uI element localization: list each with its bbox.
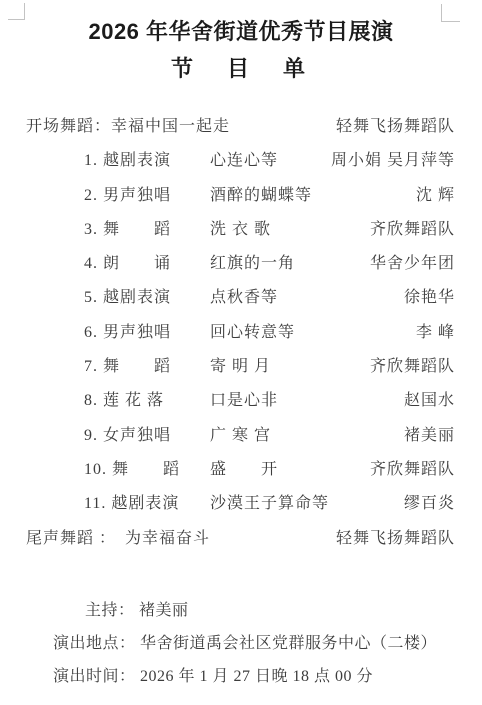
program-performer: 沈 辉 [416,179,455,213]
closing-label: 尾声舞蹈 ： 为幸福奋斗 [26,522,210,556]
program-performer: 李 峰 [416,316,455,350]
program-song: 心连心等 [210,144,278,178]
program-song: 回心转意等 [210,316,295,350]
program-type: 8. 莲 花 落 [84,384,164,418]
program-type: 4. 朗 诵 [84,247,171,281]
program-type: 11. 越剧表演 [84,487,179,521]
page-subtitle: 节 目 单 [0,54,482,84]
program-type: 5. 越剧表演 [84,281,171,315]
program-song: 红旗的一角 [210,247,295,281]
program-type: 9. 女声独唱 [84,419,171,453]
program-row: 9. 女声独唱 广 寒 宫 褚美丽 [0,419,482,453]
program-performer: 齐欣舞蹈队 [370,350,455,384]
program-row: 1. 越剧表演 心连心等 周小娟 吴月萍等 [0,144,482,178]
program-row: 4. 朗 诵 红旗的一角 华舍少年团 [0,247,482,281]
event-info: 主持： 褚美丽 演出地点： 华舍街道禹会社区党群服务中心（二楼） 演出时间： 2… [0,594,482,693]
program-song: 沙漠王子算命等 [210,487,329,521]
program-row: 11. 越剧表演 沙漠王子算命等 缪百炎 [0,487,482,521]
program-performer: 褚美丽 [404,419,455,453]
time-line: 演出时间： 2026 年 1 月 27 日晚 18 点 00 分 [0,660,482,693]
program-list: 开场舞蹈：幸福中国一起走 轻舞飞扬舞蹈队 1. 越剧表演 心连心等 周小娟 吴月… [0,110,482,556]
program-row: 7. 舞 蹈 寄 明 月 齐欣舞蹈队 [0,350,482,384]
program-song: 盛 开 [210,453,278,487]
program-performer: 徐艳华 [404,281,455,315]
program-row: 2. 男声独唱 酒醉的蝴蝶等 沈 辉 [0,179,482,213]
program-song: 寄 明 月 [210,350,271,384]
opening-row: 开场舞蹈：幸福中国一起走 轻舞飞扬舞蹈队 [0,110,482,144]
opening-performer: 轻舞飞扬舞蹈队 [336,110,455,144]
program-song: 广 寒 宫 [210,419,271,453]
host-line: 主持： 褚美丽 [0,594,482,627]
program-performer: 周小娟 吴月萍等 [331,144,455,178]
program-performer: 齐欣舞蹈队 [370,213,455,247]
program-performer: 赵国水 [404,384,455,418]
program-song: 洗 衣 歌 [210,213,271,247]
program-type: 10. 舞 蹈 [84,453,180,487]
page-title: 2026 年华舍街道优秀节目展演 [0,14,482,50]
program-row: 8. 莲 花 落 口是心非 赵国水 [0,384,482,418]
program-performer: 华舍少年团 [370,247,455,281]
closing-performer: 轻舞飞扬舞蹈队 [336,522,455,556]
document-page: 2026 年华舍街道优秀节目展演 节 目 单 开场舞蹈：幸福中国一起走 轻舞飞扬… [0,0,482,705]
program-song: 酒醉的蝴蝶等 [210,179,312,213]
program-row: 5. 越剧表演 点秋香等 徐艳华 [0,281,482,315]
opening-label: 开场舞蹈：幸福中国一起走 [26,110,230,144]
program-type: 7. 舞 蹈 [84,350,171,384]
program-row: 6. 男声独唱 回心转意等 李 峰 [0,316,482,350]
venue-line: 演出地点： 华舍街道禹会社区党群服务中心（二楼） [0,627,482,660]
program-type: 6. 男声独唱 [84,316,171,350]
program-type: 2. 男声独唱 [84,179,171,213]
program-performer: 齐欣舞蹈队 [370,453,455,487]
closing-row: 尾声舞蹈 ： 为幸福奋斗 轻舞飞扬舞蹈队 [0,522,482,556]
program-type: 1. 越剧表演 [84,144,171,178]
program-row: 3. 舞 蹈 洗 衣 歌 齐欣舞蹈队 [0,213,482,247]
program-row: 10. 舞 蹈 盛 开 齐欣舞蹈队 [0,453,482,487]
program-performer: 缪百炎 [404,487,455,521]
program-type: 3. 舞 蹈 [84,213,171,247]
program-song: 口是心非 [210,384,278,418]
program-song: 点秋香等 [210,281,278,315]
title-block: 2026 年华舍街道优秀节目展演 节 目 单 [0,14,482,84]
